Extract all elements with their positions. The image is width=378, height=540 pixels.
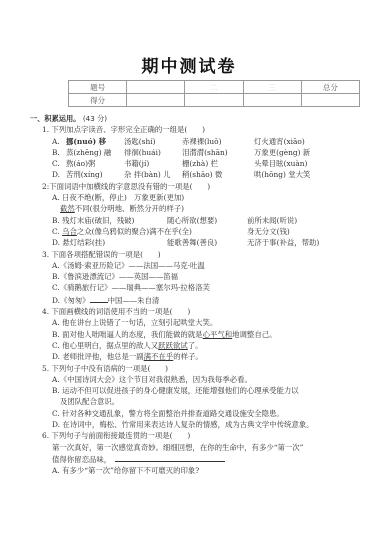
section-points: (43 分) — [83, 114, 107, 123]
question-2-option-a: A. 日夜不绝(断，停止) 万象更新(更加) — [30, 192, 370, 203]
question-4-option-c: C. 他心里明白，据点里的敌人又跃跃欲试了。 — [30, 340, 370, 351]
question-6-passage-cont: 值得你留恋品味， — [30, 453, 370, 465]
question-1-option-b: B. 蒸(zhēng) 融 徘徊(huái) 泪潸潸(shān) 万象更(gèn… — [30, 147, 370, 158]
score-label-cell: 得分 — [69, 94, 127, 107]
question-5-option-a: A.《中国诗词大会》这个节目对我很熟悉，因为我每季必看。 — [30, 374, 370, 385]
question-6-passage: 第一次真好，第一次感觉真奇妙。细细回想，在你的生命中，有多少“第一次” — [30, 442, 370, 453]
question-1-option-c: C. 熬(áo)粥 书籍(jí) 栅(zhà) 栏 头晕目眩(xuàn) — [30, 158, 370, 169]
question-4-option-a: A. 他在讲台上说错了一句话，立刻引起哄堂大笑。 — [30, 317, 370, 328]
question-1-option-d: D. 苦刑(xíng) 杂 拌(bàn) 儿 稍(shāo) 微 哄(hōng)… — [30, 169, 370, 180]
underlined-word: 乌合 — [62, 227, 77, 236]
score-input-cell[interactable] — [127, 94, 185, 107]
score-input-cell[interactable] — [185, 94, 243, 107]
question-3-option-d: D.《匆匆》中国——朱自清 — [30, 294, 370, 306]
fill-blank[interactable] — [115, 453, 225, 462]
question-1-stem: 1. 下列加点字读音、字形完全正确的一组是( ) — [30, 124, 370, 135]
score-table-header-row: 题号 二 三 总分 — [69, 81, 360, 94]
page-title: 期中测试卷 — [0, 52, 378, 77]
exam-content: 一、积累运用。 (43 分) 1. 下列加点字读音、字形完全正确的一组是( ) … — [30, 113, 370, 477]
question-1-option-a: A. 挪(nuó) 移 汤匙(shí) 赤裸裸(luǒ) 灯火通宵(xiāo) — [30, 136, 370, 147]
question-3-option-b: B.《鲁滨逊漂流记》——英国——笛福 — [30, 271, 370, 282]
question-5-option-b: B. 运动不但可以促进孩子的身心健康发展，还能增强他们的心理承受能力以 — [30, 385, 370, 396]
question-5-option-c: C. 针对各种交通乱象，警方将全面整治并排查道路交通设施安全隐患。 — [30, 408, 370, 419]
score-header-cell: 题号 — [69, 81, 127, 94]
score-header-cell: 二 — [185, 81, 243, 94]
question-3-option-c: C.《骑鹅旅行记》——瑞典——塞尔玛·拉格洛芙 — [30, 282, 370, 293]
underlined-word: 跃跃欲试 — [158, 341, 188, 350]
question-5-option-d: D. 在诗词中，梅松、竹常用来表达诗人复杂的情感，成为古典文学中传统意象。 — [30, 419, 370, 430]
question-2-stem: 2:下面词语中加横线的字意思没有错的一项是( ) — [30, 181, 370, 192]
question-2-option-b: B. 残灯末庙(破旧，残破) 随心所欲(想要) 前所未闻(听说) — [30, 215, 370, 226]
question-3-option-a: A.《汤姆·索亚历险记》——法国——马克·吐温 — [30, 260, 370, 271]
section-heading: 一、积累运用。 (43 分) — [30, 113, 370, 124]
fill-blank[interactable] — [90, 294, 108, 303]
score-header-cell: 三 — [243, 81, 301, 94]
question-3-stem: 3. 下面各项搭配错误的一项是( ) — [30, 249, 370, 260]
question-5-option-b-cont: 及团队配合意识。 — [30, 396, 370, 407]
underlined-word: 满不在乎 — [144, 352, 174, 361]
score-header-cell: 总分 — [301, 81, 359, 94]
score-input-cell[interactable] — [301, 94, 359, 107]
question-4-option-d: D. 老师批评他，他总是一副满不在乎的样子。 — [30, 351, 370, 362]
score-header-cell — [127, 81, 185, 94]
question-2-option-a-cont: 截然不同(很分明地、断然分开的样子) — [30, 203, 370, 214]
question-4-stem: 4. 下面画横线的词语使用不当的一项是( ) — [30, 306, 370, 317]
question-2-option-d: D. 悬灯结彩(挂) 能歌善舞(善良) 无济于事(补益，帮助) — [30, 237, 370, 248]
question-6-option-a: A. 有多少“第一次”给你留下不可磨灭的印象? — [30, 465, 370, 476]
question-5-stem: 5. 下列句子中没有语病的一项是( ) — [30, 363, 370, 374]
section-title: 一、积累运用。 — [30, 114, 80, 123]
question-2-option-c: C. 乌合之众(像乌鸦似的聚合)满不在乎(全) 身无分文(钱) — [30, 226, 370, 237]
score-table-score-row: 得分 — [69, 94, 360, 107]
score-table: 题号 二 三 总分 得分 — [68, 80, 360, 107]
question-4-option-b: B. 面对他人咄咄逼人的态度，我们能做的就是心平气和地调整自己。 — [30, 329, 370, 340]
underlined-word: 心平气和 — [203, 330, 233, 339]
underlined-word: 截然 — [60, 204, 75, 213]
score-input-cell[interactable] — [243, 94, 301, 107]
question-6-stem: 6. 下列句子与前面衔接最连贯的一项是( ) — [30, 430, 370, 441]
